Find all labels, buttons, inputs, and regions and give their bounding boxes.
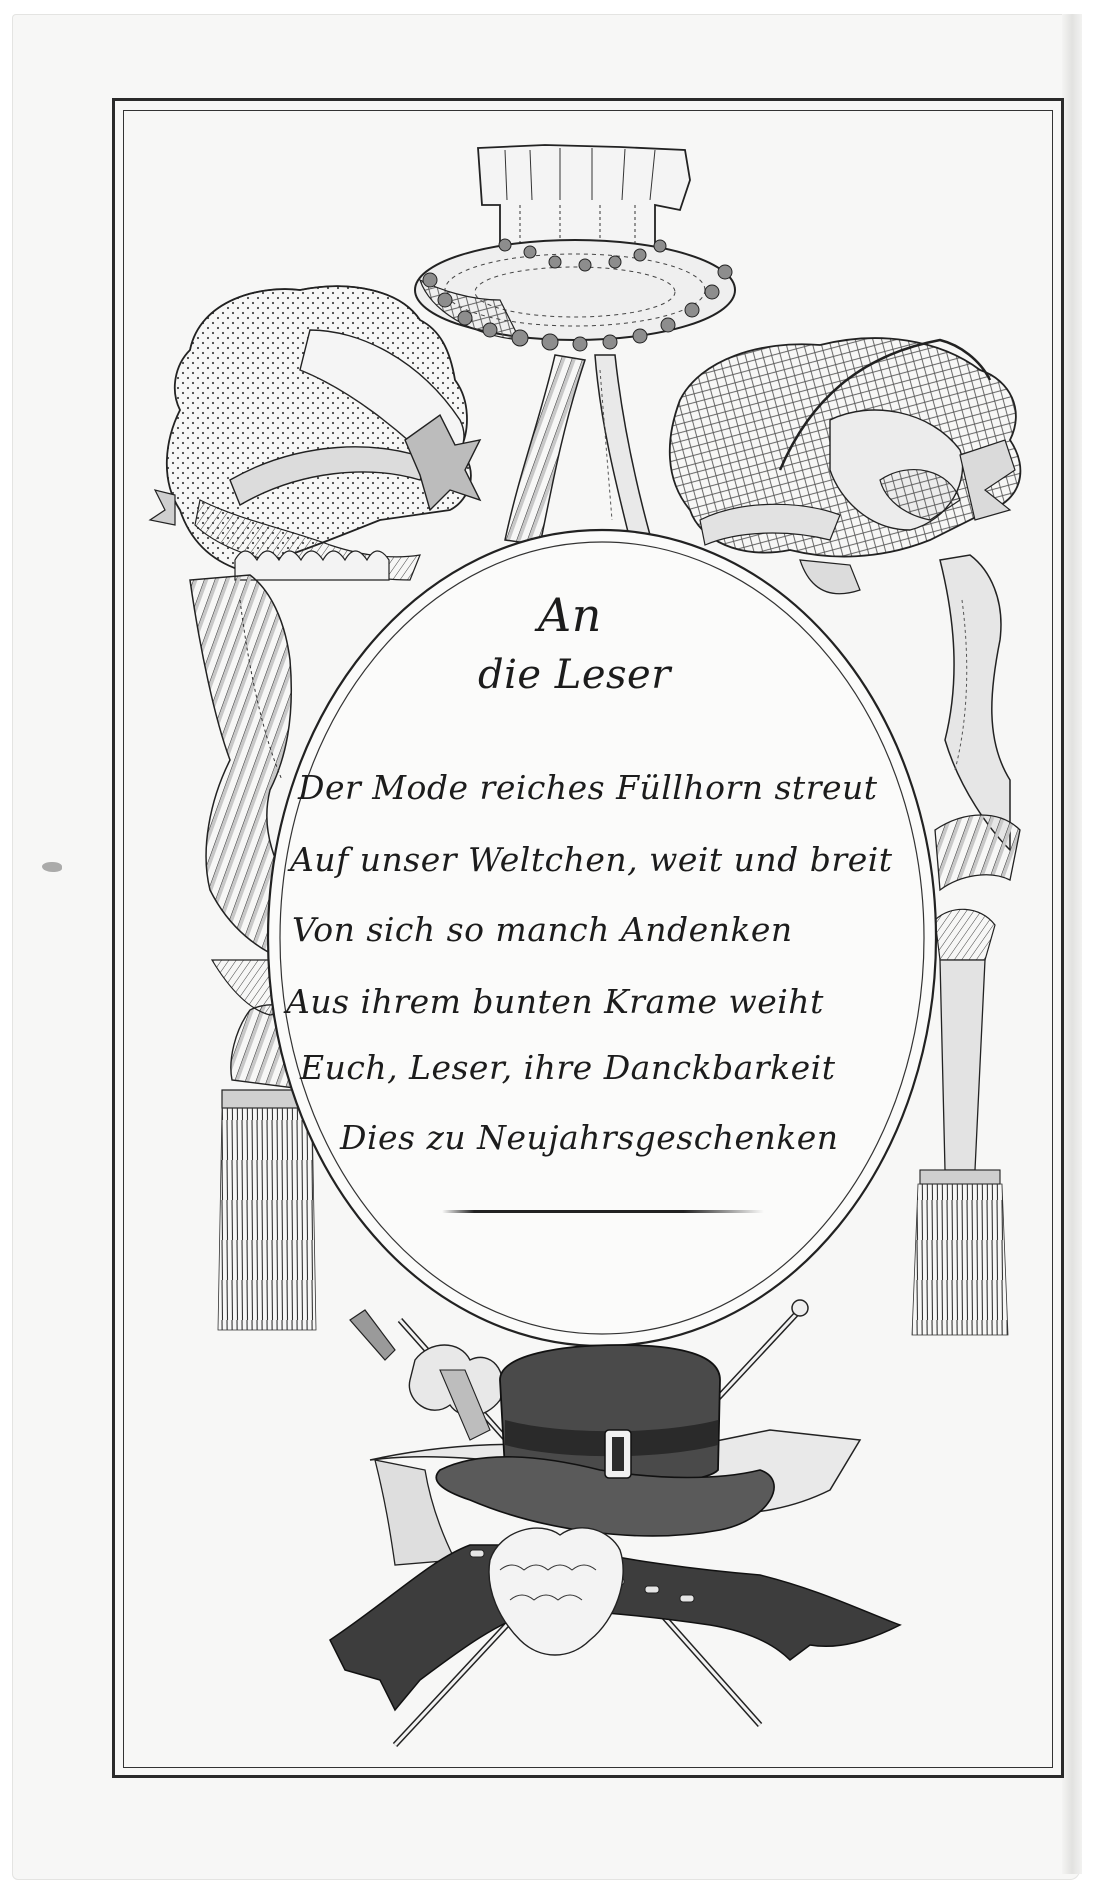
engraving-illustration [0, 0, 1095, 1895]
hanging-ribbons [505, 355, 650, 545]
bottom-accessories [330, 1300, 900, 1745]
left-lace-bonnet [150, 286, 480, 580]
oval-cartouche [268, 530, 936, 1346]
top-tall-hat [415, 145, 735, 351]
